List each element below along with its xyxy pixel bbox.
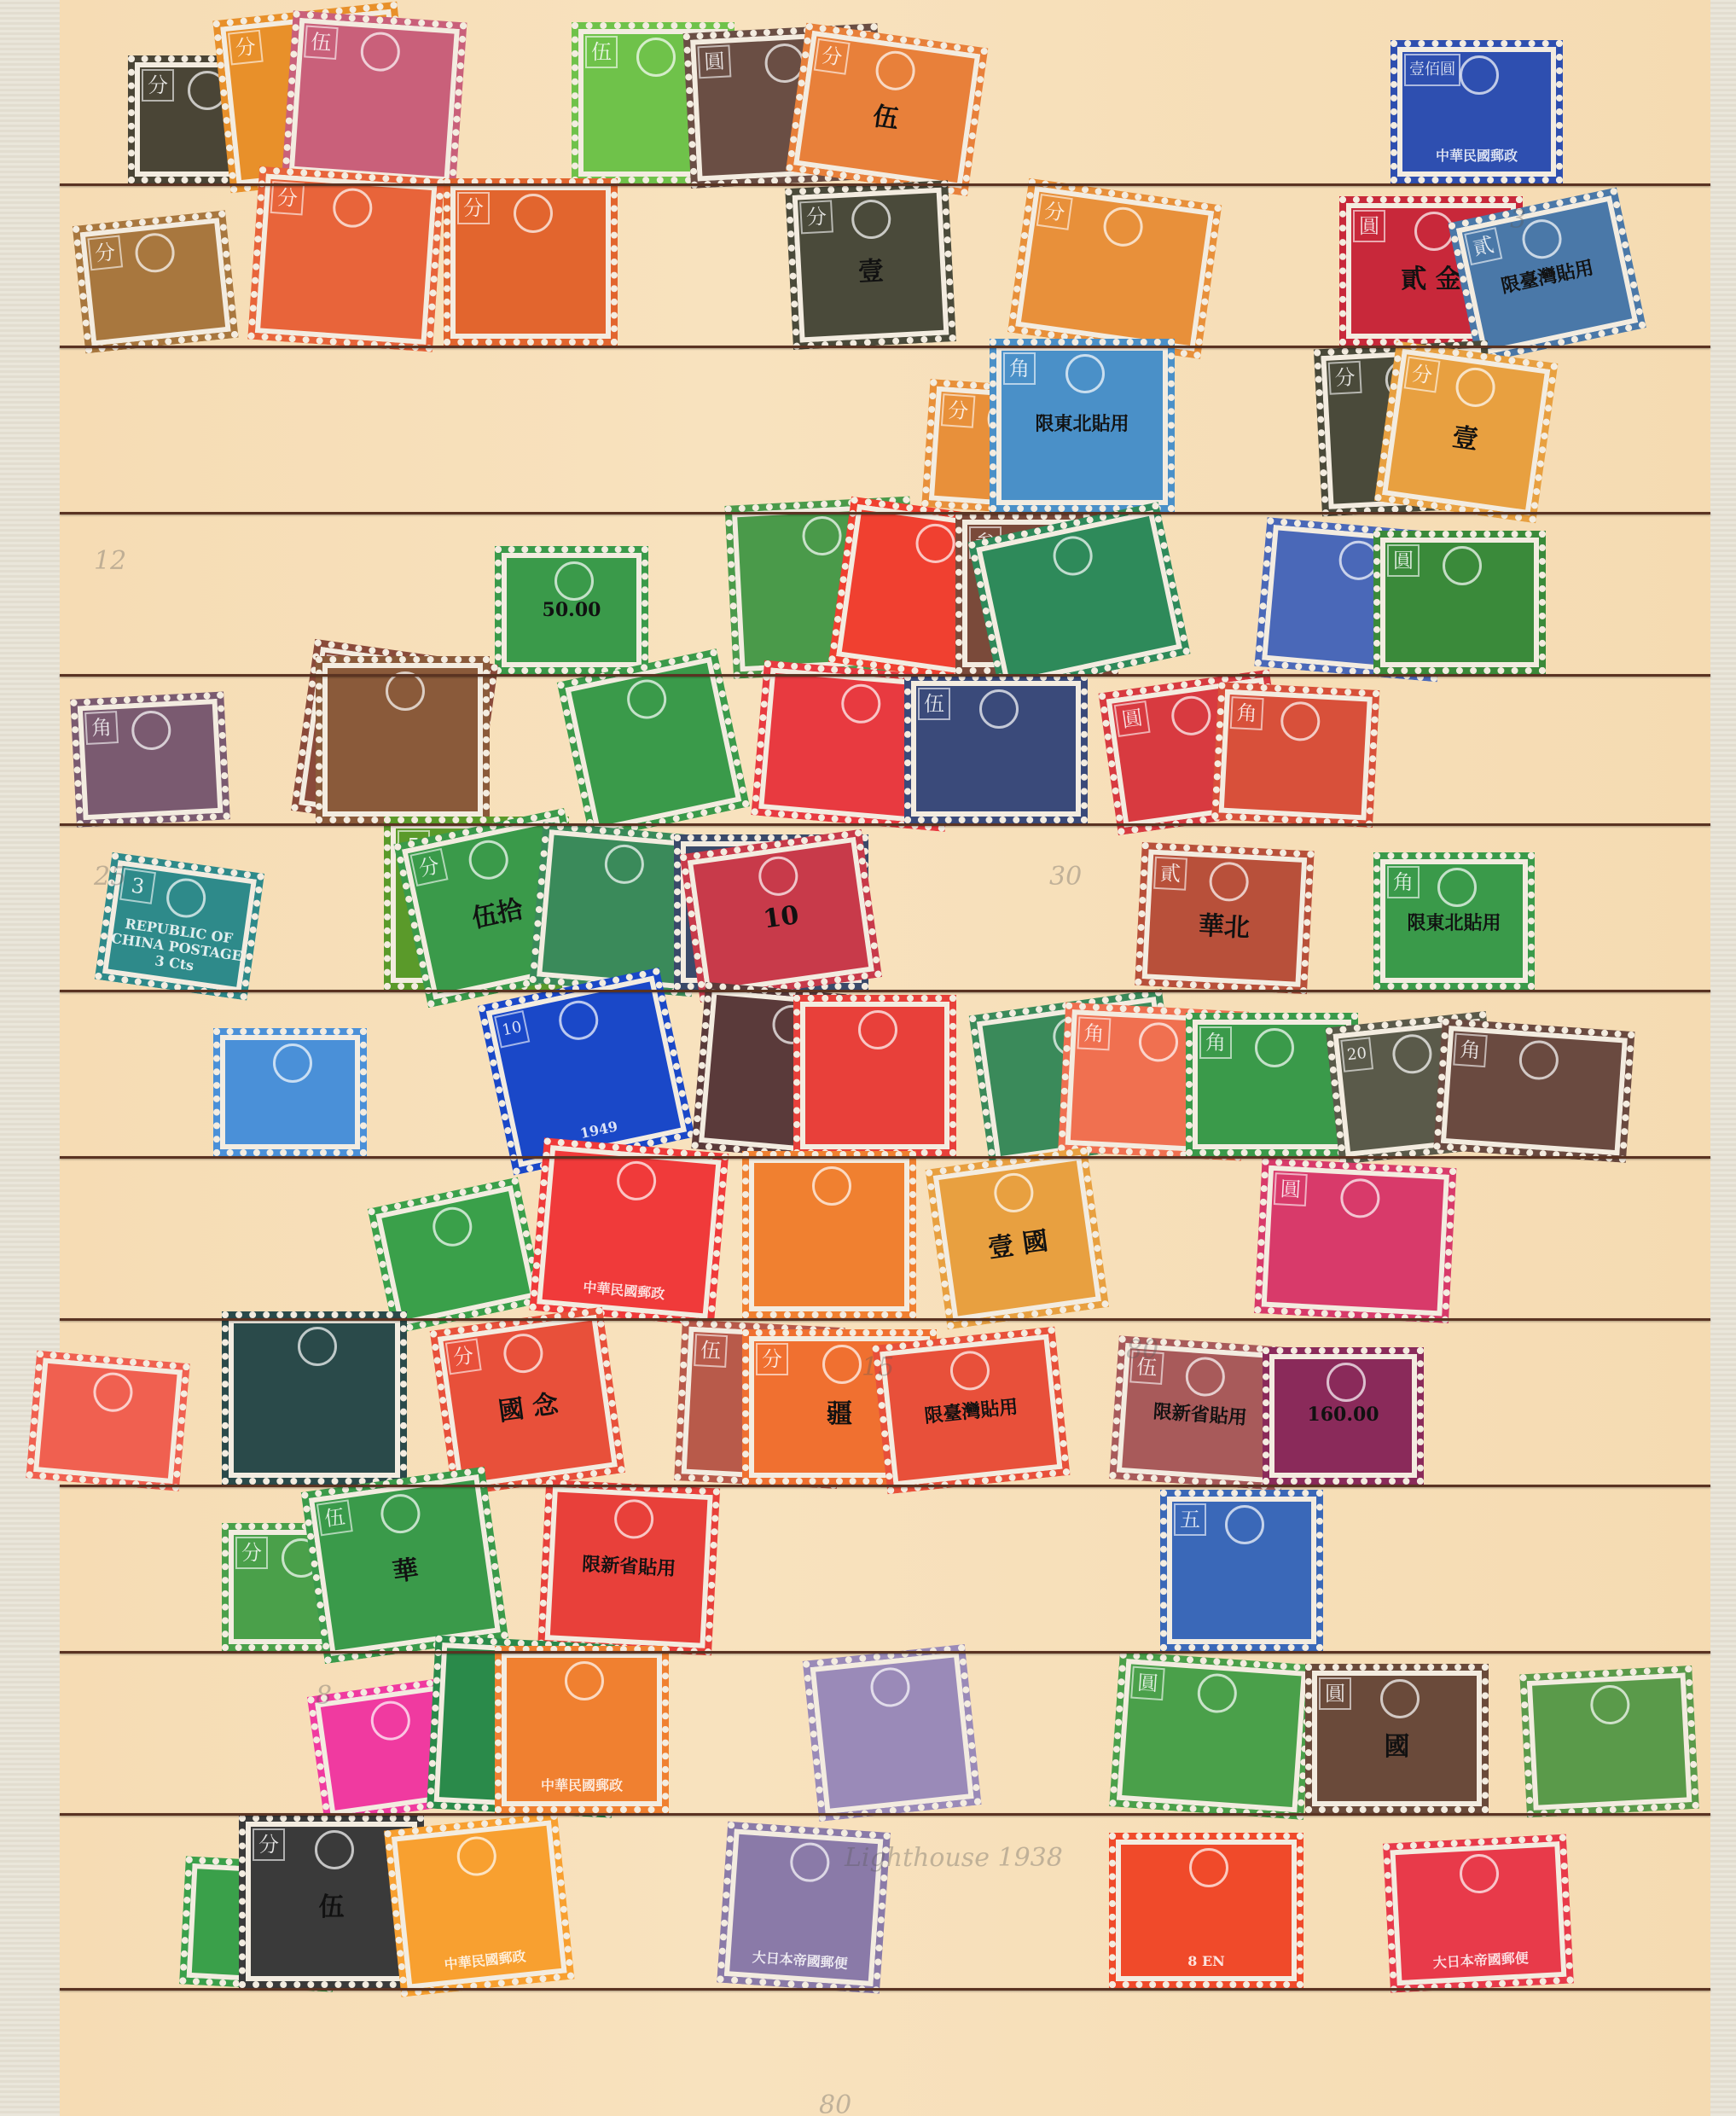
sun-emblem-icon [1065,354,1105,393]
sun-emblem-icon [636,38,676,77]
denomination: 分 [87,235,123,270]
pencil-note: 12 [94,546,126,576]
sun-emblem-icon [1225,1505,1264,1544]
stamp: 圓 [1373,531,1546,674]
denomination: 圓 [1114,700,1151,737]
stamp: 圓 [1254,1158,1456,1323]
stamp: 限臺灣貼用 [872,1327,1070,1495]
stamp: 分壹 [1374,341,1558,524]
sun-emblem-icon [1443,546,1482,585]
stamp: 角 [1433,1018,1634,1162]
denomination: 分 [228,30,264,66]
denomination: 貳 [1464,227,1502,265]
sun-emblem-icon [1255,1028,1294,1067]
stamp [26,1351,189,1491]
denomination: 分 [409,848,448,887]
strip-edge [60,1651,1710,1654]
sun-emblem-icon [812,1166,851,1206]
strip-edge [60,183,1710,186]
sun-emblem-icon [822,1345,862,1384]
overprint: 160.00 [1269,1404,1417,1426]
stamp: 分 [1007,178,1222,359]
sun-emblem-icon [858,1010,897,1049]
stamp [1519,1665,1699,1817]
stamp [557,648,750,840]
denomination: 角 [1077,1016,1111,1050]
sun-emblem-icon [273,1043,312,1083]
denomination: 角 [1003,352,1036,385]
denomination: 伍 [304,25,339,60]
denomination: 圓 [1274,1172,1308,1206]
denomination: 分 [445,1338,482,1375]
stamp: 大日本帝國郵便 [1383,1834,1574,1993]
stamp-frame [375,1185,536,1326]
sun-emblem-icon [554,561,594,601]
denomination: 分 [756,1343,788,1375]
stamp: 分國 念 [430,1307,625,1497]
denomination: 圓 [1319,1677,1351,1710]
denomination: 角 [1387,866,1420,898]
overprint: 壹 [795,247,946,292]
stamp: 伍 [904,674,1088,823]
denomination: 20 [1340,1037,1373,1072]
stamp: 角限東北貼用 [990,339,1175,512]
stamp: 角限東北貼用 [1373,852,1535,990]
stamp: 五 [1160,1490,1323,1651]
denomination: 分 [235,1537,268,1569]
strip-edge [60,1813,1710,1816]
denomination: 伍 [316,1499,353,1536]
denomination: 分 [142,69,174,102]
stamp: 貳華北 [1135,842,1315,994]
stamp: 分 [444,178,618,346]
overprint: 國 [1312,1725,1482,1763]
stamp: 10 [680,829,882,1003]
stamp: 中華民國郵政 [384,1812,574,1997]
sun-emblem-icon [514,194,553,233]
stamp: 伍 [282,10,467,189]
stamp [803,1644,982,1822]
denomination: 分 [1328,361,1362,395]
sun-emblem-icon [1380,1679,1420,1718]
sun-emblem-icon [298,1327,337,1366]
denomination: 分 [814,38,851,75]
stamp: 分壹 [785,180,956,350]
sun-emblem-icon [1437,868,1477,907]
stamp-caption: 中華民國郵政 [1397,145,1556,165]
stamp: 圓國 [1305,1664,1489,1813]
overprint: 限東北貼用 [1380,909,1528,935]
strip-edge [60,990,1710,992]
stamp: 角 [1211,682,1379,828]
pencil-note: 80 [819,2090,851,2116]
denomination: 角 [1230,696,1264,730]
sun-emblem-icon [1189,1848,1228,1887]
stamp: 50.00 [495,546,648,674]
stamp: 壹 國 [926,1148,1109,1330]
stamp: 分 [247,166,444,352]
stamp: 160.00 [1263,1347,1424,1485]
stamp: 分伍 [786,23,988,196]
denomination: 分 [799,200,833,234]
sun-emblem-icon [386,671,425,711]
pencil-note: Lighthouse 1938 [845,1843,1063,1873]
strip-edge [60,1318,1710,1321]
stamp-caption: 8 EN [1116,1953,1297,1969]
denomination: 角 [1199,1026,1232,1059]
denomination: 五 [1174,1503,1206,1536]
strip-edge [60,674,1710,677]
sun-emblem-icon [979,689,1019,729]
sun-emblem-icon [1460,55,1499,95]
strip-edge [60,823,1710,826]
cloth-background-left [0,0,60,2116]
denomination: 圓 [1353,210,1385,242]
stamp [316,656,490,823]
denomination: 圓 [1387,544,1420,577]
sun-emblem-icon [1414,212,1454,251]
strip-edge [60,346,1710,348]
denomination: 角 [84,711,119,745]
stamp-caption: 中華民國郵政 [502,1775,662,1794]
strip-edge [60,1156,1710,1159]
denomination: 伍 [694,1334,728,1368]
pencil-note: 3 [1510,205,1526,235]
stamp: 限新省貼用 [537,1479,720,1655]
denomination: 分 [1404,357,1441,393]
denomination: 貳 [1153,857,1187,891]
stamp: 中華民國郵政 [495,1646,669,1813]
pencil-note: 80 [1126,1335,1158,1365]
stamp [222,1311,407,1485]
stamp: 分 [73,210,239,353]
stamp [793,995,956,1156]
stamp: 8 EN [1109,1833,1303,1988]
sun-emblem-icon [1327,1363,1366,1402]
pencil-note: 25 [94,862,126,892]
denomination: 圓 [697,44,731,78]
denomination: 分 [270,181,305,216]
stamp: 圓 [1109,1651,1314,1819]
denomination: 分 [1036,194,1073,230]
denomination: 角 [1453,1033,1488,1068]
stamp: 伍華 [301,1467,508,1664]
denomination: 分 [457,192,490,224]
pencil-note: 8 [316,1681,332,1711]
denomination: 伍 [585,36,618,68]
stamp: 中華民國郵政 [529,1137,729,1326]
denomination: 伍 [918,688,950,720]
denomination: 分 [941,393,976,428]
strip-edge [60,1485,1710,1487]
stamp: 角 [70,691,230,827]
sun-emblem-icon [315,1830,354,1869]
overprint: 50.00 [502,599,642,621]
pencil-note: 30 [1049,862,1082,892]
cloth-background-right [1710,0,1736,2116]
strip-edge [60,1988,1710,1991]
stamp [213,1028,367,1156]
denomination: 圓 [1130,1666,1165,1701]
stamp [742,1151,916,1318]
stamp: 壹佰圓中華民國郵政 [1391,40,1563,183]
sun-emblem-icon [565,1661,604,1700]
denomination: 分 [253,1828,285,1861]
denomination: 10 [494,1010,530,1048]
pencil-note: 15 [862,1352,894,1382]
denomination: 壹佰圓 [1404,54,1460,86]
overprint: 限東北貼用 [996,410,1168,436]
strip-edge [60,512,1710,514]
